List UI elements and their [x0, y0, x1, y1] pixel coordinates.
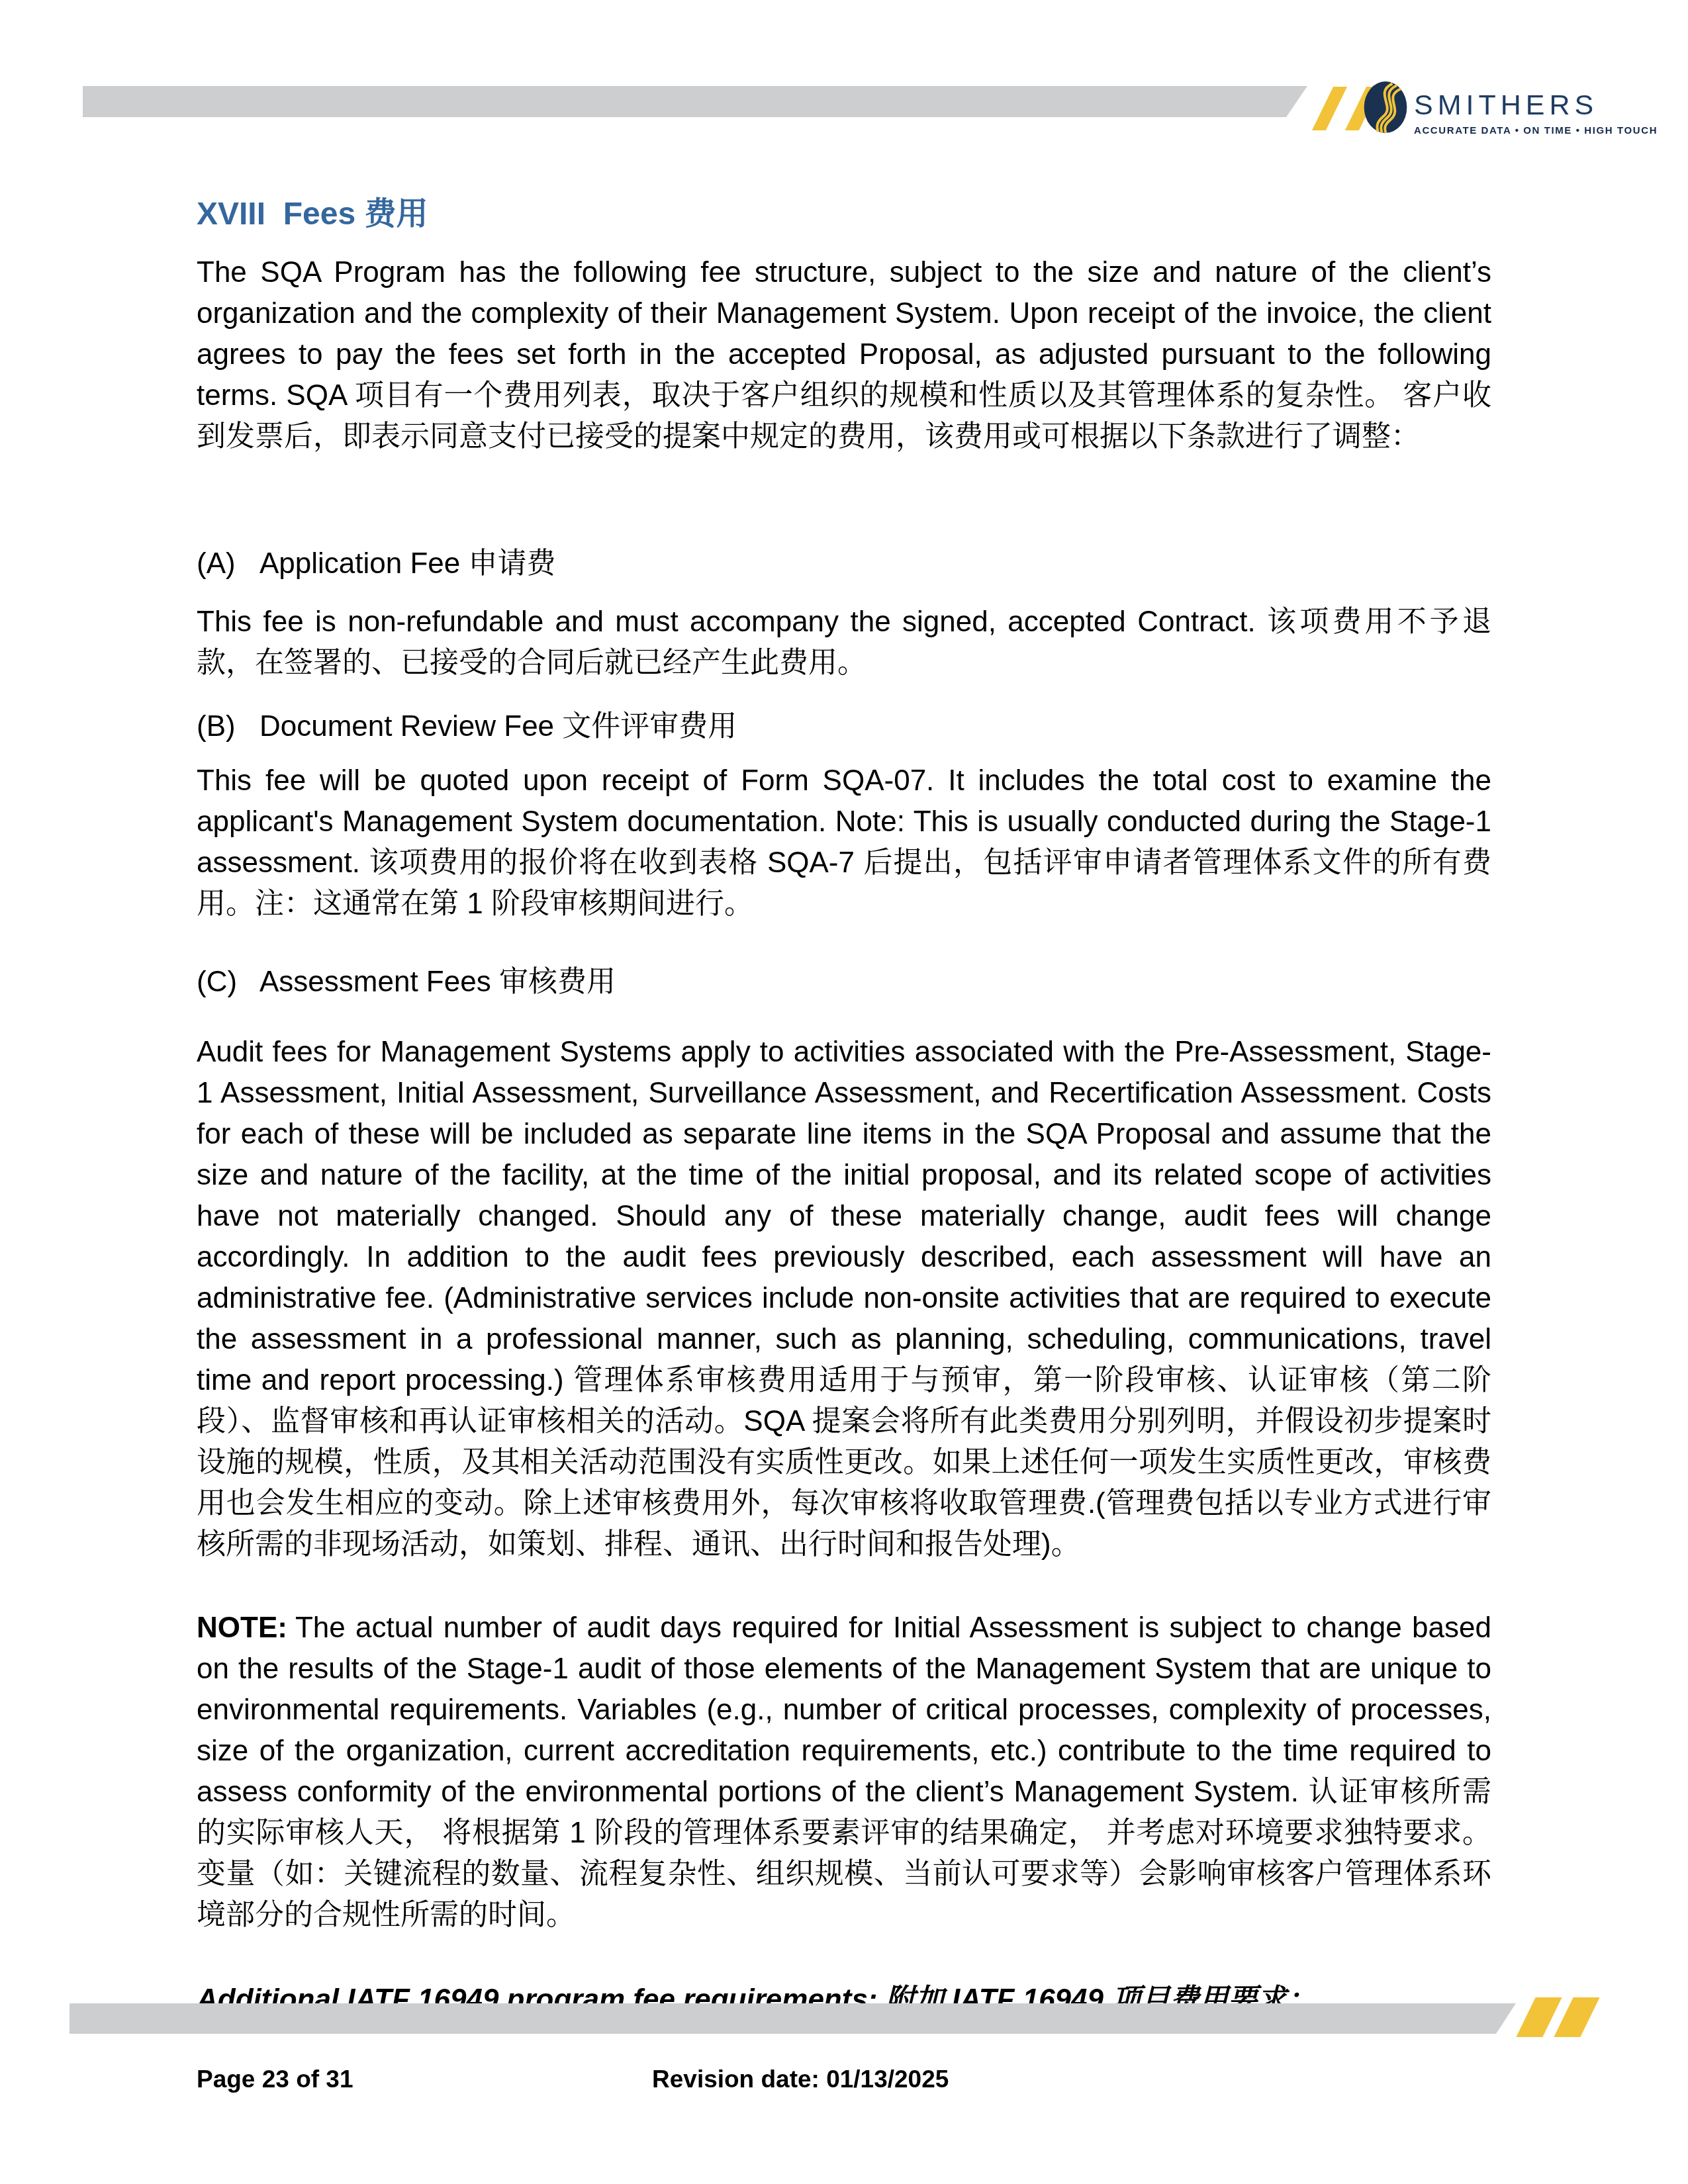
fee-item-a: (A)Application Fee 申请费 This fee is non-r…	[197, 543, 1491, 684]
intro-paragraph: The SQA Program has the following fee st…	[197, 252, 1491, 457]
section-heading: XVIII Fees 费用	[197, 196, 1491, 232]
item-title: Assessment Fees 审核费用	[259, 966, 616, 998]
item-a-body: This fee is non-refundable and must acco…	[197, 602, 1491, 684]
page-number: Page 23 of 31	[197, 2066, 353, 2093]
item-label: (B)	[197, 706, 259, 747]
footer-bar	[70, 2003, 1516, 2034]
item-label: (A)	[197, 543, 259, 584]
item-a-heading: (A)Application Fee 申请费	[197, 543, 1491, 584]
slash-icon	[1516, 1997, 1562, 2037]
item-label: (C)	[197, 962, 259, 1003]
item-title: Application Fee 申请费	[259, 547, 556, 580]
item-c-heading: (C)Assessment Fees 审核费用	[197, 962, 1491, 1003]
fee-item-b: (B)Document Review Fee 文件评审费用 This fee w…	[197, 706, 1491, 925]
item-b-body: This fee will be quoted upon receipt of …	[197, 760, 1491, 925]
slash-icon	[1554, 1997, 1599, 2037]
fee-item-c: (C)Assessment Fees 审核费用 Audit fees for M…	[197, 962, 1491, 1565]
revision-date: Revision date: 01/13/2025	[652, 2065, 949, 2094]
note-paragraph: NOTE:The actual number of audit days req…	[197, 1608, 1491, 1936]
item-c-body: Audit fees for Management Systems apply …	[197, 1032, 1491, 1565]
page-content: XVIII Fees 费用 The SQA Program has the fo…	[197, 0, 1491, 2021]
item-b-heading: (B)Document Review Fee 文件评审费用	[197, 706, 1491, 747]
note-label: NOTE:	[197, 1612, 287, 1644]
footer: Page 23 of 31 Revision date: 01/13/2025	[197, 2065, 1491, 2094]
item-title: Document Review Fee 文件评审费用	[259, 710, 737, 743]
document-page: SMITHERS ACCURATE DATA • ON TIME • HIGH …	[0, 0, 1688, 2184]
note-text: The actual number of audit days required…	[197, 1612, 1491, 1931]
